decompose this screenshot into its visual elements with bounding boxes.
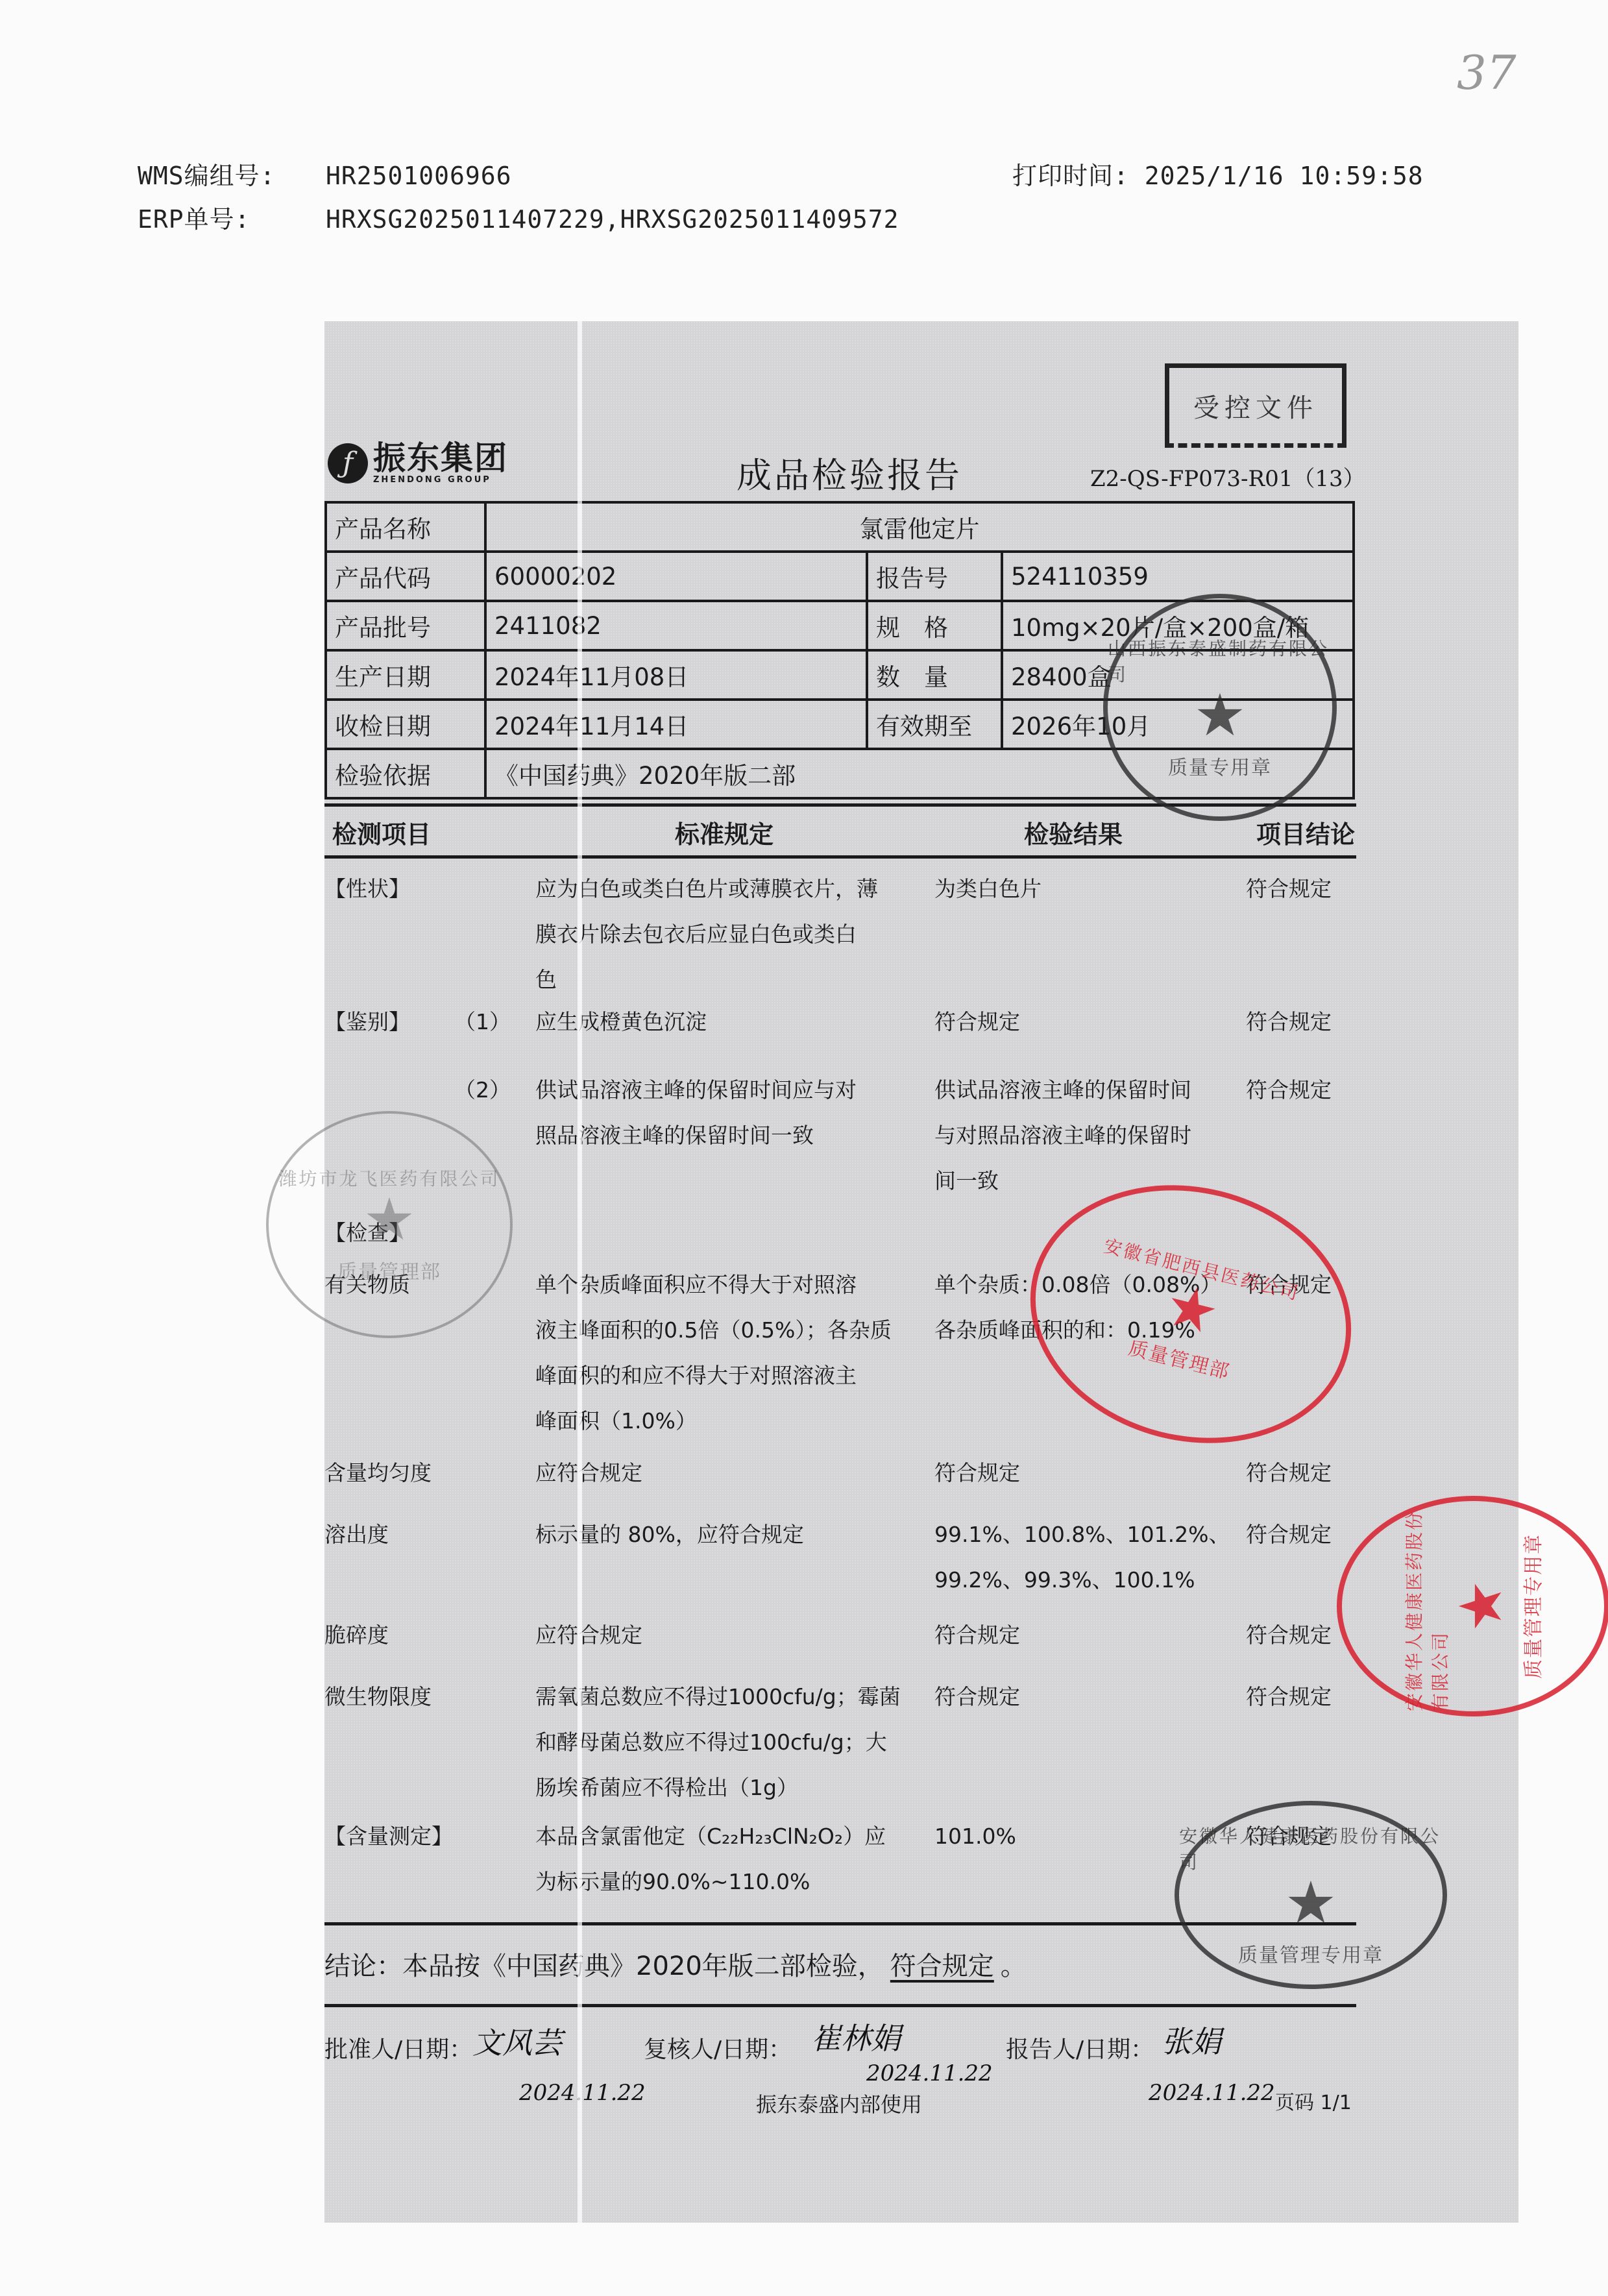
test-result: 供试品溶液主峰的保留时间与对照品溶液主峰的保留时间一致 — [934, 1068, 1239, 1204]
test-conclusion: 符合规定 — [1246, 866, 1363, 912]
batch-value: 2411082 — [485, 601, 867, 650]
test-item: 脆碎度 — [324, 1613, 454, 1658]
test-standard-line: 标示量的 80%，应符合规定 — [535, 1512, 925, 1557]
reporter-label: 报告人/日期： — [1006, 2031, 1154, 2064]
wms-label: WMS编组号: — [138, 156, 326, 191]
test-standard-line: 峰面积（1.0%） — [535, 1398, 925, 1444]
test-result-line: 99.1%、100.8%、101.2%、 — [934, 1512, 1239, 1557]
test-standard-line: 供试品溶液主峰的保留时间应与对 — [535, 1068, 925, 1113]
test-standard-line: 和酵母菌总数应不得过100cfu/g；大 — [535, 1720, 925, 1765]
test-standard: 应生成橙黄色沉淀 — [535, 999, 925, 1045]
test-item: 【检查】 — [324, 1210, 454, 1256]
mfg-date-value: 2024年11月08日 — [485, 650, 867, 700]
test-standard: 应为白色或类白色片或薄膜衣片，薄膜衣片除去包衣后应显白色或类白色 — [535, 866, 925, 1003]
test-result-line: 符合规定 — [934, 1674, 1239, 1720]
print-time-line: 打印时间: 2025/1/16 10:59:58 — [1012, 156, 1424, 191]
test-standard: 本品含氯雷他定（C₂₂H₂₃ClN₂O₂）应为标示量的90.0%~110.0% — [535, 1814, 925, 1905]
test-result-line: 符合规定 — [934, 1450, 1239, 1496]
test-standard-line: 本品含氯雷他定（C₂₂H₂₃ClN₂O₂）应 — [535, 1814, 925, 1859]
info-row: 产品批号 2411082 规 格 10mg×20片/盒×200盒/箱 — [326, 601, 1354, 650]
mfg-date-label: 生产日期 — [326, 650, 485, 700]
divider — [324, 803, 1356, 807]
test-standard-line: 应生成橙黄色沉淀 — [535, 999, 925, 1045]
test-result-line: 101.0% — [934, 1814, 1239, 1859]
conclusion-verdict: 符合规定 — [884, 1951, 1001, 1981]
erp-label: ERP单号: — [138, 199, 326, 235]
product-info-table: 产品名称 氯雷他定片 产品代码 60000202 报告号 524110359 产… — [324, 501, 1355, 800]
info-row: 产品名称 氯雷他定片 — [326, 502, 1354, 552]
page-indicator: 页码 1/1 — [1275, 2086, 1352, 2115]
quantity-value: 28400盒 — [1002, 650, 1354, 700]
test-result-line: 符合规定 — [934, 999, 1239, 1045]
approver-signature: 文风芸 — [472, 2020, 562, 2062]
test-result: 符合规定 — [934, 1450, 1239, 1496]
logo-mark-icon: ƒ — [328, 443, 368, 483]
test-standard-line: 液主峰面积的0.5倍（0.5%）；各杂质 — [535, 1308, 925, 1353]
conclusion-line: 结论：本品按《中国药典》2020年版二部检验，符合规定。 — [324, 1946, 1027, 1983]
test-result: 99.1%、100.8%、101.2%、99.2%、99.3%、100.1% — [934, 1512, 1239, 1603]
test-standard-line: 应符合规定 — [535, 1450, 925, 1496]
test-standard-line: 肠埃希菌应不得检出（1g） — [535, 1765, 925, 1811]
test-standard: 应符合规定 — [535, 1613, 925, 1658]
test-conclusion: 符合规定 — [1246, 1814, 1363, 1859]
approver-date: 2024.11.22 — [519, 2080, 646, 2106]
quantity-label: 数 量 — [867, 650, 1002, 700]
test-result-line: 各杂质峰面积的和：0.19% — [934, 1308, 1239, 1353]
test-standard-line: 膜衣片除去包衣后应显白色或类白 — [535, 912, 925, 957]
batch-label: 产品批号 — [326, 601, 485, 650]
approver-label: 批准人/日期： — [324, 2031, 472, 2064]
divider — [324, 2004, 1356, 2007]
test-item: 【性状】 — [324, 866, 454, 912]
test-standard: 供试品溶液主峰的保留时间应与对照品溶液主峰的保留时间一致 — [535, 1068, 925, 1158]
test-standard-line: 为标示量的90.0%~110.0% — [535, 1859, 925, 1905]
product-code-value: 60000202 — [485, 552, 867, 601]
controlled-document-stamp: 受控文件 — [1165, 363, 1346, 448]
divider — [324, 855, 1356, 859]
test-standard-line: 照品溶液主峰的保留时间一致 — [535, 1113, 925, 1158]
form-code: Z2-QS-FP073-R01（13） — [1090, 461, 1365, 493]
test-conclusion: 符合规定 — [1246, 1068, 1363, 1113]
wms-group-line: WMS编组号:HR2501006966 — [138, 156, 512, 191]
recv-date-value: 2024年11月14日 — [485, 700, 867, 749]
test-conclusion: 符合规定 — [1246, 1674, 1363, 1720]
test-standard-line: 应符合规定 — [535, 1613, 925, 1658]
test-result-line: 间一致 — [934, 1158, 1239, 1204]
info-row: 收检日期 2024年11月14日 有效期至 2026年10月 — [326, 700, 1354, 749]
basis-value: 《中国药典》2020年版二部 — [485, 749, 1354, 798]
print-time-value: 2025/1/16 10:59:58 — [1145, 162, 1424, 190]
reviewer-date: 2024.11.22 — [866, 2060, 993, 2086]
test-result-line: 单个杂质：0.08倍（0.08%） — [934, 1262, 1239, 1308]
handwritten-page-number: 37 — [1457, 45, 1517, 100]
erp-value: HRXSG2025011407229,HRXSG2025011409572 — [326, 205, 899, 234]
test-result-line: 99.2%、99.3%、100.1% — [934, 1557, 1239, 1603]
test-standard-line: 色 — [535, 957, 925, 1003]
test-subitem: （2） — [454, 1068, 532, 1113]
test-standard: 应符合规定 — [535, 1450, 925, 1496]
col-header-result: 检验结果 — [1024, 814, 1123, 850]
test-standard-line: 应为白色或类白色片或薄膜衣片，薄 — [535, 866, 925, 912]
test-standard-line: 需氧菌总数应不得过1000cfu/g；霉菌 — [535, 1674, 925, 1720]
test-standard: 标示量的 80%，应符合规定 — [535, 1512, 925, 1557]
test-result: 符合规定 — [934, 1674, 1239, 1720]
reporter-signature: 张娟 — [1162, 2018, 1221, 2061]
logo-cn-text: 振东集团 — [373, 441, 508, 475]
report-no-label: 报告号 — [867, 552, 1002, 601]
product-name-value: 氯雷他定片 — [485, 502, 1354, 552]
test-conclusion: 符合规定 — [1246, 1613, 1363, 1658]
company-logo: ƒ 振东集团 ZHENDONG GROUP — [328, 441, 508, 485]
test-item: 含量均匀度 — [324, 1450, 454, 1496]
logo-en-text: ZHENDONG GROUP — [373, 475, 508, 485]
col-header-item: 检测项目 — [332, 814, 431, 850]
test-result: 101.0% — [934, 1814, 1239, 1859]
scan-streak — [578, 321, 582, 2223]
internal-use-note: 振东泰盛内部使用 — [756, 2088, 922, 2118]
print-time-label: 打印时间: — [1012, 162, 1129, 190]
conclusion-prefix: 结论：本品按《中国药典》2020年版二部检验， — [324, 1951, 884, 1981]
test-subitem: （1） — [454, 999, 532, 1045]
test-item: 溶出度 — [324, 1512, 454, 1557]
reporter-date: 2024.11.22 — [1149, 2080, 1275, 2106]
spec-label: 规 格 — [867, 601, 1002, 650]
divider — [324, 1922, 1356, 1925]
reviewer-signature: 崔林娟 — [811, 2015, 901, 2058]
test-item: 【含量测定】 — [324, 1814, 454, 1859]
expiry-value: 2026年10月 — [1002, 700, 1354, 749]
test-conclusion: 符合规定 — [1246, 1262, 1363, 1308]
test-result-line: 与对照品溶液主峰的保留时 — [934, 1113, 1239, 1158]
info-row: 产品代码 60000202 报告号 524110359 — [326, 552, 1354, 601]
stamp-bottom-text: 质量管理专用章 — [1517, 1533, 1546, 1679]
info-row: 生产日期 2024年11月08日 数 量 28400盒 — [326, 650, 1354, 700]
col-header-standard: 标准规定 — [675, 814, 774, 850]
test-item: 【鉴别】 — [324, 999, 454, 1045]
spec-value: 10mg×20片/盒×200盒/箱 — [1002, 601, 1354, 650]
test-conclusion: 符合规定 — [1246, 1512, 1363, 1557]
test-result: 符合规定 — [934, 1613, 1239, 1658]
test-result: 为类白色片 — [934, 866, 1239, 912]
test-standard: 需氧菌总数应不得过1000cfu/g；霉菌和酵母菌总数应不得过100cfu/g；… — [535, 1674, 925, 1811]
test-item: 有关物质 — [324, 1262, 454, 1308]
conclusion-suffix: 。 — [1001, 1951, 1027, 1981]
reviewer-label: 复核人/日期： — [644, 2031, 792, 2064]
test-result-line: 为类白色片 — [934, 866, 1239, 912]
test-conclusion: 符合规定 — [1246, 1450, 1363, 1496]
recv-date-label: 收检日期 — [326, 700, 485, 749]
test-standard-line: 峰面积的和应不得大于对照溶液主 — [535, 1353, 925, 1398]
test-result-line: 符合规定 — [934, 1613, 1239, 1658]
test-conclusion: 符合规定 — [1246, 999, 1363, 1045]
info-row: 检验依据 《中国药典》2020年版二部 — [326, 749, 1354, 798]
test-result-line: 供试品溶液主峰的保留时间 — [934, 1068, 1239, 1113]
expiry-label: 有效期至 — [867, 700, 1002, 749]
test-item: 微生物限度 — [324, 1674, 454, 1720]
wms-value: HR2501006966 — [326, 162, 512, 190]
basis-label: 检验依据 — [326, 749, 485, 798]
test-standard-line: 单个杂质峰面积应不得大于对照溶 — [535, 1262, 925, 1308]
product-name-label: 产品名称 — [326, 502, 485, 552]
product-code-label: 产品代码 — [326, 552, 485, 601]
report-title: 成品检验报告 — [737, 448, 962, 498]
col-header-conclusion: 项目结论 — [1256, 814, 1355, 850]
test-result: 符合规定 — [934, 999, 1239, 1045]
report-no-value: 524110359 — [1002, 552, 1354, 601]
test-standard: 单个杂质峰面积应不得大于对照溶液主峰面积的0.5倍（0.5%）；各杂质峰面积的和… — [535, 1262, 925, 1444]
erp-line: ERP单号:HRXSG2025011407229,HRXSG2025011409… — [138, 199, 899, 235]
test-result: 单个杂质：0.08倍（0.08%）各杂质峰面积的和：0.19% — [934, 1262, 1239, 1353]
